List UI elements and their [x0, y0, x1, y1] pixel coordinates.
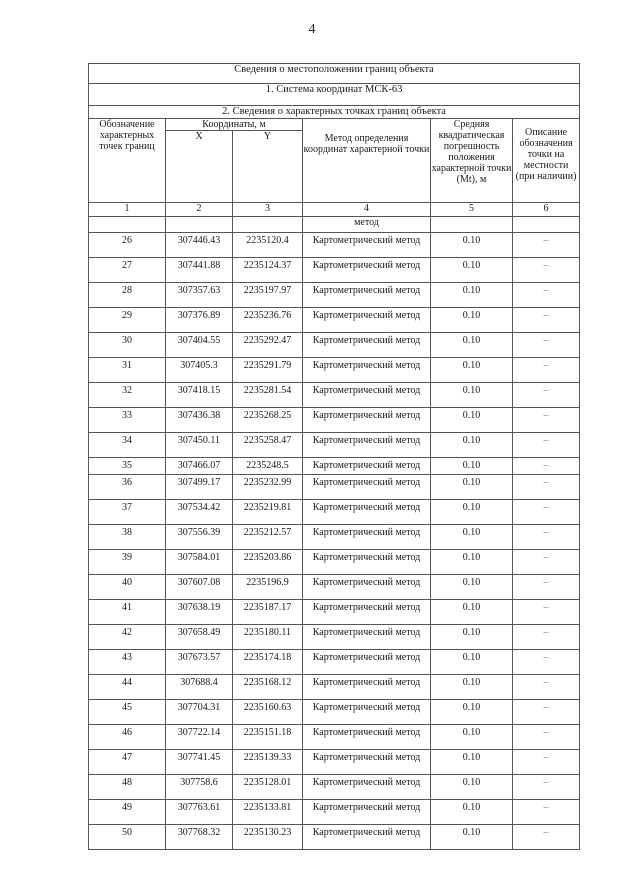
x-cell: 307441.88: [166, 258, 233, 283]
method-cell: Картометрический метод: [303, 650, 431, 675]
method-cell: Картометрический метод: [303, 600, 431, 625]
description-cell: –: [513, 650, 580, 675]
description-cell: –: [513, 475, 580, 500]
y-cell: 2235151.18: [233, 725, 303, 750]
error-cell: 0.10: [431, 308, 513, 333]
x-cell: 307376.89: [166, 308, 233, 333]
point-cell: 47: [89, 750, 166, 775]
x-cell: 307405.3: [166, 358, 233, 383]
table-row: 46307722.142235151.18Картометрический ме…: [89, 725, 580, 750]
y-cell: 2235160.63: [233, 700, 303, 725]
header-error: Средняя квадратическая погрешность полож…: [431, 119, 513, 203]
y-cell: 2235258.47: [233, 433, 303, 458]
point-cell: 38: [89, 525, 166, 550]
continuation-text: метод: [303, 217, 431, 233]
error-cell: 0.10: [431, 700, 513, 725]
method-cell: Картометрический метод: [303, 550, 431, 575]
x-cell: 307466.07: [166, 458, 233, 475]
error-cell: 0.10: [431, 550, 513, 575]
table-row: 33307436.382235268.25Картометрический ме…: [89, 408, 580, 433]
column-number: 6: [513, 203, 580, 217]
error-cell: 0.10: [431, 650, 513, 675]
error-cell: 0.10: [431, 358, 513, 383]
error-cell: 0.10: [431, 675, 513, 700]
method-cell: Картометрический метод: [303, 800, 431, 825]
error-cell: 0.10: [431, 750, 513, 775]
y-cell: 2235168.12: [233, 675, 303, 700]
point-cell: 30: [89, 333, 166, 358]
x-cell: 307418.15: [166, 383, 233, 408]
table-row: 38307556.392235212.57Картометрический ме…: [89, 525, 580, 550]
point-cell: 49: [89, 800, 166, 825]
header-x: X: [166, 131, 233, 203]
description-cell: –: [513, 408, 580, 433]
method-cell: Картометрический метод: [303, 408, 431, 433]
boundary-points-table: Сведения о местоположении границ объекта…: [88, 63, 580, 850]
coordinate-system: 1. Система координат МСК-63: [89, 84, 580, 106]
y-cell: 2235292.47: [233, 333, 303, 358]
description-cell: –: [513, 550, 580, 575]
description-cell: –: [513, 825, 580, 850]
y-cell: 2235291.79: [233, 358, 303, 383]
column-number: 3: [233, 203, 303, 217]
point-cell: 37: [89, 500, 166, 525]
column-number: 2: [166, 203, 233, 217]
point-cell: 34: [89, 433, 166, 458]
method-cell: Картометрический метод: [303, 525, 431, 550]
point-cell: 32: [89, 383, 166, 408]
y-cell: 2235187.17: [233, 600, 303, 625]
column-number: 5: [431, 203, 513, 217]
description-cell: –: [513, 725, 580, 750]
method-cell: Картометрический метод: [303, 475, 431, 500]
x-cell: 307658.49: [166, 625, 233, 650]
point-cell: 42: [89, 625, 166, 650]
error-cell: 0.10: [431, 775, 513, 800]
x-cell: 307499.17: [166, 475, 233, 500]
point-cell: 45: [89, 700, 166, 725]
method-cell: Картометрический метод: [303, 750, 431, 775]
description-cell: –: [513, 258, 580, 283]
point-cell: 26: [89, 233, 166, 258]
y-cell: 2235174.18: [233, 650, 303, 675]
method-cell: Картометрический метод: [303, 308, 431, 333]
error-cell: 0.10: [431, 458, 513, 475]
table-row: 32307418.152235281.54Картометрический ме…: [89, 383, 580, 408]
x-cell: 307763.61: [166, 800, 233, 825]
method-cell: Картометрический метод: [303, 500, 431, 525]
method-cell: Картометрический метод: [303, 825, 431, 850]
description-cell: –: [513, 433, 580, 458]
method-cell: Картометрический метод: [303, 675, 431, 700]
table-row: 26307446.432235120.4Картометрический мет…: [89, 233, 580, 258]
error-cell: 0.10: [431, 258, 513, 283]
x-cell: 307704.31: [166, 700, 233, 725]
method-cell: Картометрический метод: [303, 775, 431, 800]
x-cell: 307556.39: [166, 525, 233, 550]
point-cell: 44: [89, 675, 166, 700]
header-coordinates: Координаты, м: [166, 119, 303, 131]
description-cell: –: [513, 750, 580, 775]
x-cell: 307446.43: [166, 233, 233, 258]
error-cell: 0.10: [431, 525, 513, 550]
section-title: 2. Сведения о характерных точках границ …: [89, 106, 580, 119]
error-cell: 0.10: [431, 408, 513, 433]
description-cell: –: [513, 700, 580, 725]
method-cell: Картометрический метод: [303, 233, 431, 258]
x-cell: 307758.6: [166, 775, 233, 800]
point-cell: 27: [89, 258, 166, 283]
point-cell: 33: [89, 408, 166, 433]
header-description: Описание обозначения точки на местности …: [513, 119, 580, 203]
x-cell: 307673.57: [166, 650, 233, 675]
header-point: Обозначение характерных точек границ: [89, 119, 166, 203]
y-cell: 2235124.37: [233, 258, 303, 283]
y-cell: 2235203.86: [233, 550, 303, 575]
error-cell: 0.10: [431, 625, 513, 650]
method-cell: Картометрический метод: [303, 725, 431, 750]
table-row: 44307688.42235168.12Картометрический мет…: [89, 675, 580, 700]
method-cell: Картометрический метод: [303, 458, 431, 475]
description-cell: –: [513, 575, 580, 600]
error-cell: 0.10: [431, 475, 513, 500]
error-cell: 0.10: [431, 233, 513, 258]
y-cell: 2235196.9: [233, 575, 303, 600]
table-row: 42307658.492235180.11Картометрический ме…: [89, 625, 580, 650]
y-cell: 2235248.5: [233, 458, 303, 475]
table-row: 48307758.62235128.01Картометрический мет…: [89, 775, 580, 800]
description-cell: –: [513, 775, 580, 800]
method-cell: Картометрический метод: [303, 258, 431, 283]
y-cell: 2235219.81: [233, 500, 303, 525]
x-cell: 307436.38: [166, 408, 233, 433]
x-cell: 307404.55: [166, 333, 233, 358]
point-cell: 29: [89, 308, 166, 333]
description-cell: –: [513, 600, 580, 625]
description-cell: –: [513, 500, 580, 525]
y-cell: 2235139.33: [233, 750, 303, 775]
table-row: 39307584.012235203.86Картометрический ме…: [89, 550, 580, 575]
column-number: 1: [89, 203, 166, 217]
error-cell: 0.10: [431, 725, 513, 750]
y-cell: 2235128.01: [233, 775, 303, 800]
description-cell: –: [513, 233, 580, 258]
header-method: Метод определения координат характерной …: [303, 119, 431, 203]
y-cell: 2235120.4: [233, 233, 303, 258]
description-cell: –: [513, 283, 580, 308]
table-row: 37307534.422235219.81Картометрический ме…: [89, 500, 580, 525]
x-cell: 307741.45: [166, 750, 233, 775]
table-row: 31307405.32235291.79Картометрический мет…: [89, 358, 580, 383]
method-cell: Картометрический метод: [303, 575, 431, 600]
point-cell: 39: [89, 550, 166, 575]
point-cell: 43: [89, 650, 166, 675]
description-cell: –: [513, 625, 580, 650]
table-row: 41307638.192235187.17Картометрический ме…: [89, 600, 580, 625]
y-cell: 2235180.11: [233, 625, 303, 650]
y-cell: 2235268.25: [233, 408, 303, 433]
x-cell: 307584.01: [166, 550, 233, 575]
y-cell: 2235236.76: [233, 308, 303, 333]
page-number: 4: [0, 22, 624, 38]
description-cell: –: [513, 383, 580, 408]
x-cell: 307638.19: [166, 600, 233, 625]
header-y: Y: [233, 131, 303, 203]
description-cell: –: [513, 675, 580, 700]
table-row: 27307441.882235124.37Картометрический ме…: [89, 258, 580, 283]
method-cell: Картометрический метод: [303, 333, 431, 358]
table-row: 49307763.612235133.81Картометрический ме…: [89, 800, 580, 825]
method-cell: Картометрический метод: [303, 433, 431, 458]
point-cell: 50: [89, 825, 166, 850]
table-row: 34307450.112235258.47Картометрический ме…: [89, 433, 580, 458]
error-cell: 0.10: [431, 283, 513, 308]
point-cell: 48: [89, 775, 166, 800]
y-cell: 2235212.57: [233, 525, 303, 550]
error-cell: 0.10: [431, 433, 513, 458]
description-cell: –: [513, 525, 580, 550]
x-cell: 307722.14: [166, 725, 233, 750]
y-cell: 2235281.54: [233, 383, 303, 408]
error-cell: 0.10: [431, 825, 513, 850]
point-cell: 35: [89, 458, 166, 475]
table-row: 29307376.892235236.76Картометрический ме…: [89, 308, 580, 333]
table-row: 28307357.632235197.97Картометрический ме…: [89, 283, 580, 308]
description-cell: –: [513, 358, 580, 383]
table-title: Сведения о местоположении границ объекта: [89, 64, 580, 84]
y-cell: 2235133.81: [233, 800, 303, 825]
x-cell: 307688.4: [166, 675, 233, 700]
method-cell: Картометрический метод: [303, 383, 431, 408]
x-cell: 307450.11: [166, 433, 233, 458]
table-row: 36307499.172235232.99Картометрический ме…: [89, 475, 580, 500]
method-cell: Картометрический метод: [303, 358, 431, 383]
point-cell: 31: [89, 358, 166, 383]
x-cell: 307534.42: [166, 500, 233, 525]
column-number: 4: [303, 203, 431, 217]
point-cell: 28: [89, 283, 166, 308]
method-cell: Картометрический метод: [303, 700, 431, 725]
error-cell: 0.10: [431, 600, 513, 625]
error-cell: 0.10: [431, 800, 513, 825]
table-row: 35307466.072235248.5Картометрический мет…: [89, 458, 580, 475]
method-cell: Картометрический метод: [303, 283, 431, 308]
error-cell: 0.10: [431, 575, 513, 600]
x-cell: 307768.32: [166, 825, 233, 850]
y-cell: 2235232.99: [233, 475, 303, 500]
x-cell: 307357.63: [166, 283, 233, 308]
description-cell: –: [513, 800, 580, 825]
x-cell: 307607.08: [166, 575, 233, 600]
error-cell: 0.10: [431, 333, 513, 358]
description-cell: –: [513, 308, 580, 333]
point-cell: 40: [89, 575, 166, 600]
description-cell: –: [513, 333, 580, 358]
point-cell: 46: [89, 725, 166, 750]
error-cell: 0.10: [431, 500, 513, 525]
point-cell: 36: [89, 475, 166, 500]
table-row: 30307404.552235292.47Картометрический ме…: [89, 333, 580, 358]
table-row: 47307741.452235139.33Картометрический ме…: [89, 750, 580, 775]
table-row: 50307768.322235130.23Картометрический ме…: [89, 825, 580, 850]
error-cell: 0.10: [431, 383, 513, 408]
table-row: 40307607.082235196.9Картометрический мет…: [89, 575, 580, 600]
table-row: 43307673.572235174.18Картометрический ме…: [89, 650, 580, 675]
point-cell: 41: [89, 600, 166, 625]
table-row: 45307704.312235160.63Картометрический ме…: [89, 700, 580, 725]
description-cell: –: [513, 458, 580, 475]
y-cell: 2235197.97: [233, 283, 303, 308]
method-cell: Картометрический метод: [303, 625, 431, 650]
y-cell: 2235130.23: [233, 825, 303, 850]
